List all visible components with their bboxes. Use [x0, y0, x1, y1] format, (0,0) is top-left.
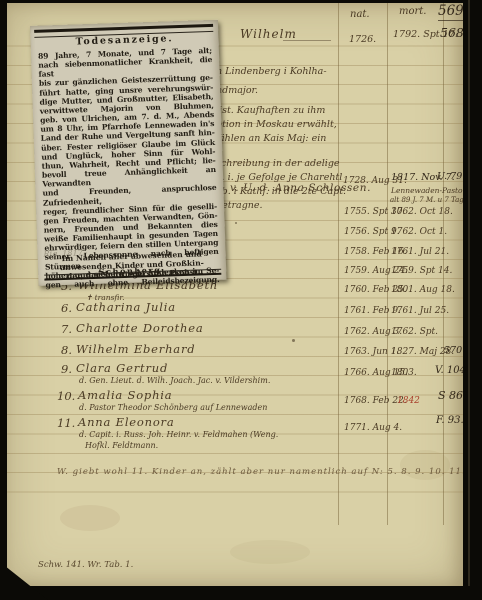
- column-header-mort: mort.: [399, 6, 426, 17]
- child-name: Amalia Sophia: [78, 388, 172, 402]
- scanned-ledger-page: nat. mort. 569. Wilhelm 1726. 1792. Spt …: [0, 0, 482, 600]
- child-mort-date: 1801. Aug 18.: [391, 285, 455, 295]
- ink-speck: [235, 222, 237, 224]
- newspaper-clipping: Todesanzeige. 89 Jahre, 7 Monate, und 7 …: [30, 20, 227, 286]
- scan-frame-top: [0, 0, 482, 3]
- child-mort-date: 1761. Jul 21.: [391, 247, 449, 257]
- column-line-nat: [338, 3, 339, 525]
- child-ref-number: F. 93.: [436, 415, 464, 426]
- marriage-age-note: alt 89 J. 7 M. u 7 Tag.: [390, 196, 466, 204]
- child-number: 6.: [61, 301, 72, 315]
- child-mort-date: 1762. Oct 18.: [391, 207, 453, 217]
- footnote: W. giebt wohl 11. Kinder an, zählt aber …: [57, 467, 466, 477]
- child-subnote: Hofkl. Feldtmann.: [85, 441, 158, 450]
- child-subnote: d. Pastor Theodor Schönberg auf Lennewad…: [79, 403, 267, 412]
- child-subnote: d. Capit. i. Russ. Joh. Heinr. v. Feldma…: [79, 430, 278, 439]
- column-line-ref: [443, 3, 444, 525]
- ledger-line: n Lindenberg i Kohlha-: [216, 66, 327, 77]
- column-header-nat: nat.: [350, 9, 370, 20]
- child-mort-date: 1762. Spt.: [391, 327, 438, 337]
- child-mort-date: 1803.: [391, 368, 417, 378]
- child-number: 7.: [61, 322, 72, 336]
- page-stack-edge: [468, 0, 470, 600]
- child-name: Anna Eleonora: [78, 415, 175, 429]
- child-number: 8.: [61, 343, 72, 357]
- corner-note: Schw. 141. Wr. Tab. 1.: [38, 560, 133, 570]
- pencil-note: Rig. 1817.: [43, 248, 85, 258]
- scan-frame-right: [463, 0, 482, 600]
- child-name: Charlotte Dorothea: [76, 321, 204, 335]
- child-number: 11.: [57, 416, 75, 430]
- ledger-line: ption in Moskau erwählt,: [216, 119, 337, 130]
- child-subnote: d. Gen. Lieut. d. Wilh. Joach. Jac. v. V…: [79, 376, 270, 385]
- ledger-line: list. Kaufhaften zu ihm: [216, 105, 325, 116]
- child-name: Clara Gertrud: [76, 361, 168, 375]
- scan-frame-left: [0, 0, 7, 600]
- subject-name: Wilhelm: [240, 27, 297, 41]
- child-mort-date: 1761. Jul 25.: [391, 306, 449, 316]
- name-flourish-line: [283, 40, 331, 41]
- child-number: 9.: [61, 362, 72, 376]
- child-ref-number: 570.: [444, 345, 465, 356]
- ledger-line: schreibung in der adelige: [216, 158, 340, 169]
- child-mort-date: 1762. Oct 1.: [391, 227, 447, 237]
- child-mort-date-red: 1842: [397, 396, 420, 406]
- ledger-line: jählen an Kais Maj: ein: [216, 133, 326, 144]
- child-name: Catharina Julia: [76, 300, 176, 314]
- subject-nat-date: 1726.: [349, 34, 376, 45]
- column-line-mort: [387, 3, 388, 525]
- ledger-line: ndmajor.: [216, 85, 258, 96]
- scan-frame-bottom: [0, 586, 482, 600]
- marriage-ref-number: U. 79.: [437, 171, 465, 182]
- child-name: Wilhelm Eberhard: [76, 342, 195, 356]
- child-number: 10.: [57, 389, 75, 403]
- child-mort-date: 1759. Spt 14.: [391, 266, 452, 276]
- child-nat-date: 1771. Aug 4.: [344, 423, 402, 433]
- ink-speck: [292, 339, 295, 342]
